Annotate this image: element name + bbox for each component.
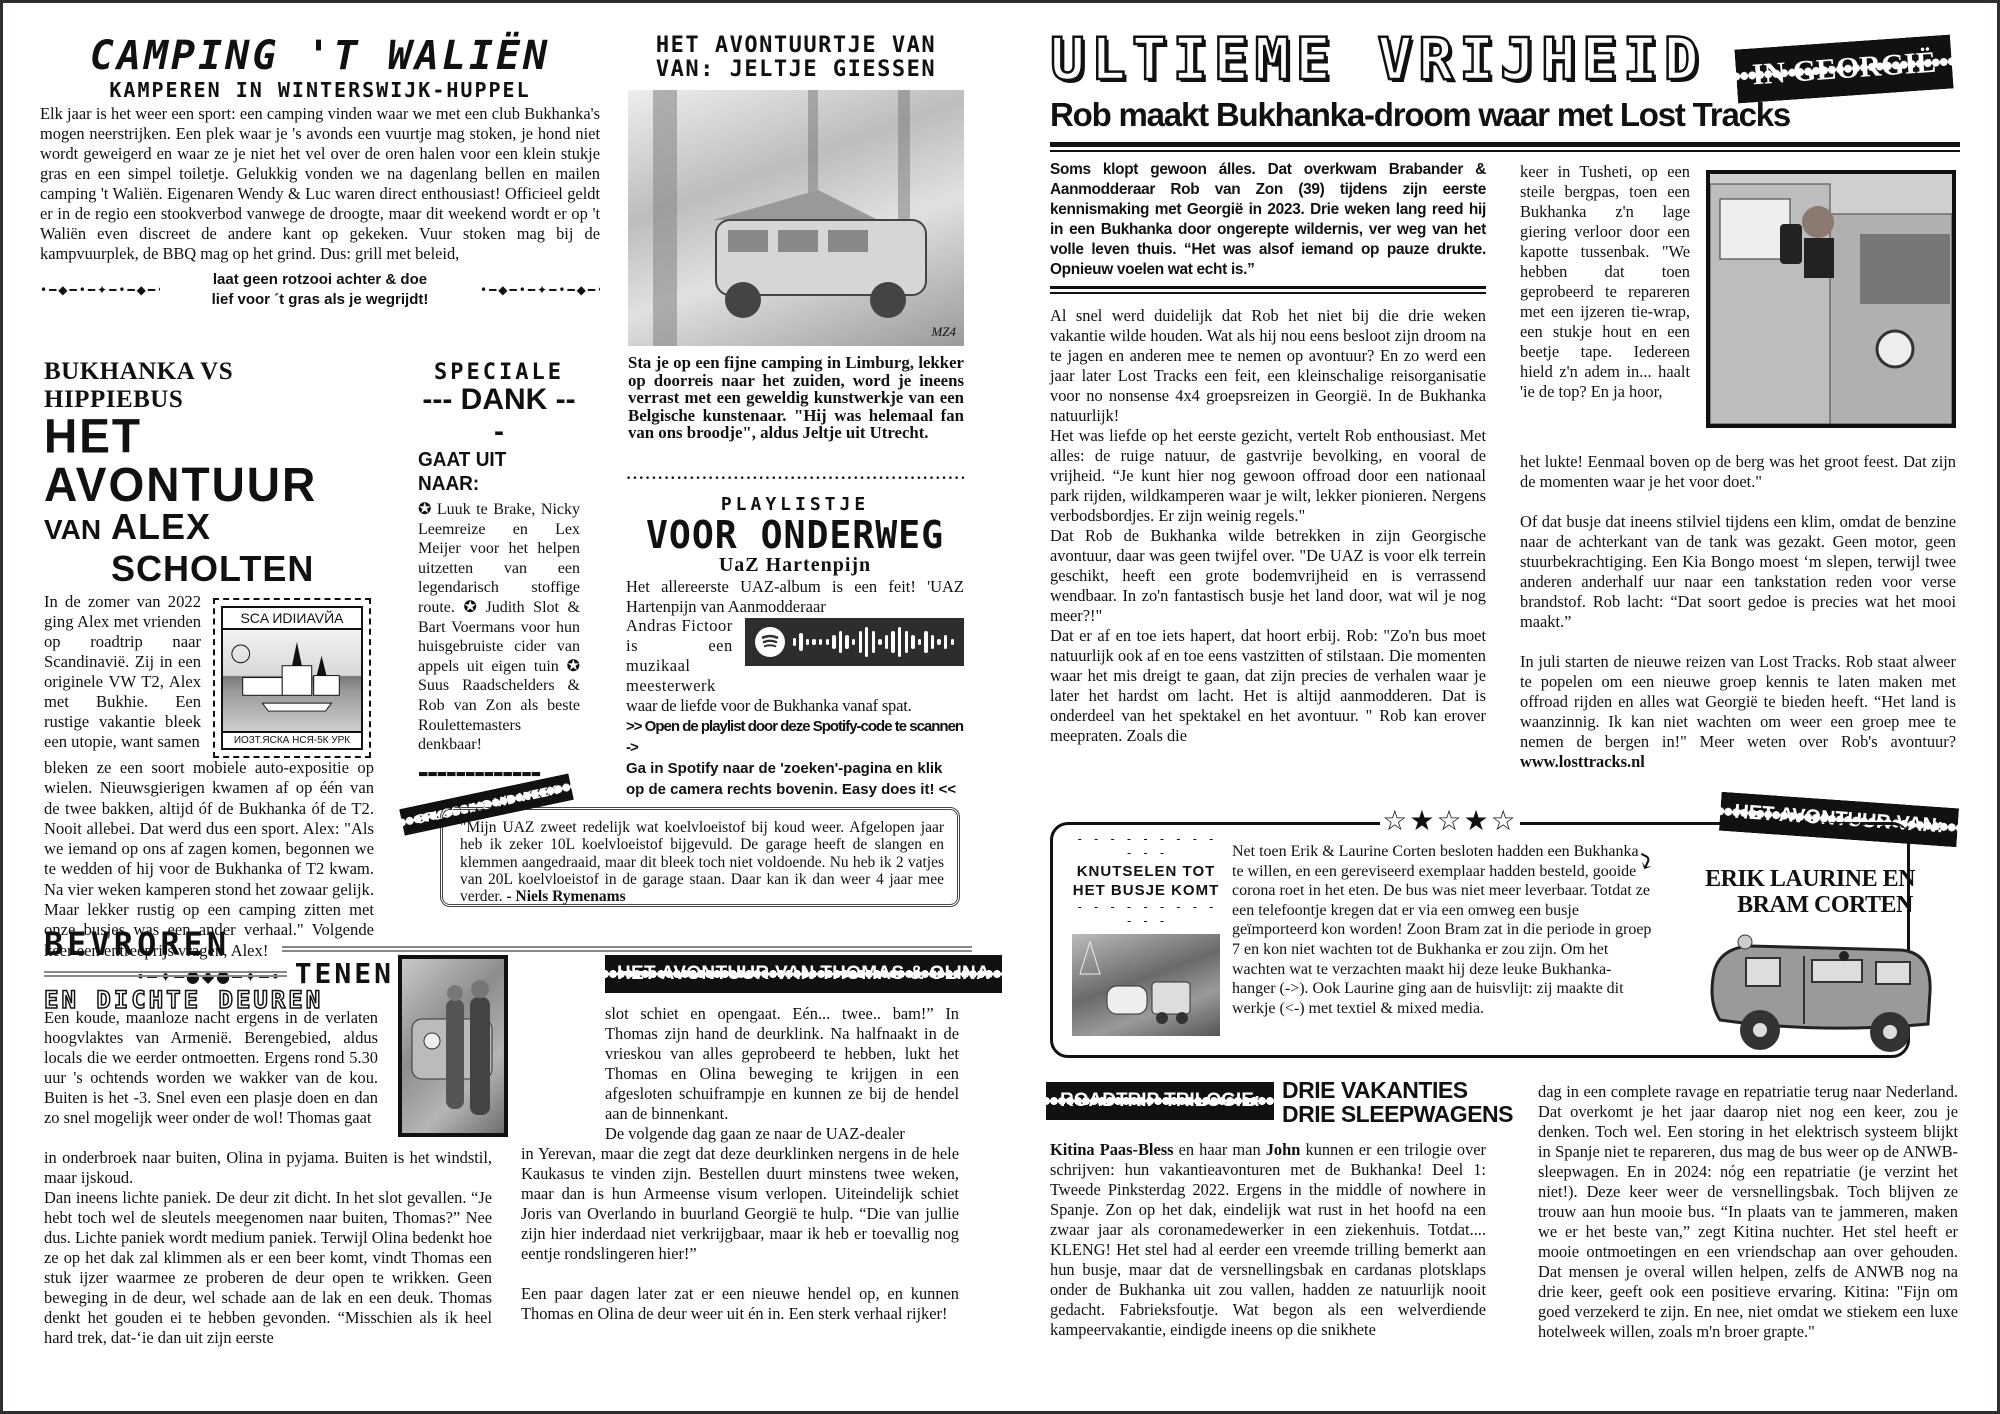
rob-headline: ULTIEME VRIJHEID — [1050, 30, 1750, 88]
ornament-right: •━◆━•━✦━•━◆━• — [480, 283, 600, 297]
thanks-line1: SPECIALE — [418, 362, 580, 384]
soundwave-bar — [799, 633, 802, 651]
frozen-title-1: BEVROREN — [44, 928, 230, 960]
stamp-title: SCA ИDIИAVЙA — [223, 608, 361, 630]
soundwave-bar — [905, 631, 908, 653]
trilogy-col1: Kitina Paas-Bless en haar man John kunne… — [1050, 1140, 1486, 1340]
playlist-body-bottom: waar de liefde voor de Bukhanka vanaf sp… — [626, 696, 964, 716]
playlist-article: ••••••••••••••••••••••••••••••••••••••••… — [626, 474, 964, 800]
alex-body-top: In de zomer van 2022 ging Alex met vrien… — [44, 592, 201, 758]
soundwave-bar — [852, 639, 855, 645]
frozen-heading: BEVROREN TENEN EN DICHTE DEUREN — [44, 928, 394, 1012]
playlist-body-top: Het allereerste UAZ-album is een feit! '… — [626, 577, 964, 616]
trilogy-name-john: John — [1266, 1140, 1301, 1159]
ornament-left: •━◆━•━✦━•━◆━• — [40, 283, 160, 297]
playlist-top-dots: ••••••••••••••••••••••••••••••••••••••••… — [626, 474, 964, 484]
camping-body: Elk jaar is het weer een sport: een camp… — [40, 104, 600, 264]
frozen-body-col1: in onderbroek naar buiten, Olina in pyja… — [44, 1148, 492, 1348]
trilogy-title-1: DRIE VAKANTIES — [1282, 1078, 1513, 1102]
playlist-cta-1: >> Open de playlist door deze Spotify-co… — [626, 716, 964, 758]
soundwave-bar — [859, 631, 862, 653]
corten-side-rule-top: - - - - - - - - - - - - — [1072, 832, 1220, 860]
thomas-olina-badge: HET AVONTUUR VAN THOMAS & OLINA — [605, 955, 1002, 993]
spotify-code[interactable] — [745, 618, 964, 666]
frozen-rule-left — [44, 971, 287, 977]
soundwave-bar — [918, 639, 921, 645]
rob-title: ULTIEME VRIJHEID — [1050, 30, 1750, 88]
jeltje-watercolour-image: MZ4 — [628, 90, 964, 346]
trilogy-title: DRIE VAKANTIES DRIE SLEEPWAGENS — [1282, 1078, 1513, 1126]
soundwave-bar — [951, 639, 954, 645]
soundwave-bar — [931, 635, 934, 649]
trilogy-col2: dag in een complete ravage en repatriati… — [1538, 1082, 1958, 1342]
alex-title: HET AVONTUUR — [44, 412, 374, 509]
camping-article: CAMPING 'T WALIËN KAMPEREN IN WINTERSWIJ… — [40, 36, 600, 310]
soundwave-bar — [891, 631, 894, 653]
jeltje-article: HET AVONTUURTJE VAN VAN: JELTJE GIESSEN … — [628, 34, 964, 442]
soundwave-bar — [826, 639, 829, 645]
corten-names-1: ERIK LAURINE EN — [1700, 866, 1920, 892]
soundwave-bar — [812, 639, 815, 645]
playlist-title: VOOR ONDERWEG — [633, 516, 957, 554]
rob-col1-p3: Dat Rob de Bukhanka wilde betrekken in z… — [1050, 526, 1486, 626]
soundwave-bar — [878, 639, 881, 645]
spotify-soundwave-bars — [793, 625, 954, 659]
frozen-col2-bottom: in Yerevan, maar die zegt dat deze deurk… — [521, 1144, 959, 1324]
rob-van-photo-icon — [1710, 174, 1952, 424]
stamp-footer: ИОЗТ.ЯСКА НСЯ-5К УРК — [223, 731, 361, 748]
frozen-body-p2: Dan ineens lichte paniek. De deur zit di… — [44, 1188, 492, 1348]
solution-author: - Niels Rymenams — [506, 888, 625, 905]
rob-top-rule — [1050, 142, 1960, 152]
rob-col2-p3-text: In juli starten de nieuwe reizen van Los… — [1520, 652, 1956, 751]
trilogy-lead-mid: en haar man — [1173, 1140, 1265, 1159]
rob-col1: Al snel werd duidelijk dat Rob het niet … — [1050, 306, 1486, 746]
corten-side-title-1: KNUTSELEN TOT — [1072, 862, 1220, 881]
rob-subtitle: Rob maakt Bukhanka-droom waar met Lost T… — [1050, 96, 1790, 134]
soundwave-bar — [872, 631, 875, 653]
closing-line-2: lief voor ´t gras als je wegrijdt! — [212, 290, 429, 310]
jeltje-title-1: HET AVONTUURTJE VAN — [628, 34, 964, 58]
thomas-olina-photo — [398, 955, 508, 1137]
soundwave-bar — [839, 631, 842, 653]
playlist-kicker: PLAYLISTJE — [626, 496, 964, 514]
solution-body: "Mijn UAZ zweet redelijk wat koelvloeist… — [460, 819, 944, 905]
frozen-body-top: Een koude, maanloze nacht ergens in de v… — [44, 1008, 378, 1128]
jeltje-body: Sta je op een fijne camping in Limburg, … — [628, 354, 964, 442]
spotify-icon — [755, 627, 785, 657]
thanks-body: ✪ Luuk te Brake, Nicky Leemreize en Lex … — [418, 500, 580, 755]
soundwave-bar — [898, 627, 901, 657]
soundwave-bar — [793, 638, 796, 646]
rob-col1-p1: Al snel werd duidelijk dat Rob het niet … — [1050, 306, 1486, 426]
frozen-col2-p2: in Yerevan, maar die zegt dat deze deurk… — [521, 1144, 959, 1264]
thanks-line3: GAAT UIT NAAR: — [418, 448, 572, 496]
soundwave-bar — [937, 639, 940, 645]
thanks-line2: --- DANK --- — [418, 384, 580, 448]
soundwave-bar — [832, 635, 835, 649]
van-photo-icon — [402, 959, 504, 1133]
frozen-col2-p3: Een paar dagen later zat er een nieuwe h… — [521, 1284, 959, 1324]
caravan-van-artwork-icon — [1072, 934, 1220, 1036]
soundwave-bar — [819, 639, 822, 645]
frozen-rule-right — [282, 946, 972, 952]
playlist-subtitle: UaZ Hartenpijn — [626, 554, 964, 577]
losttracks-link[interactable]: www.losttracks.nl — [1520, 752, 1645, 771]
frozen-col2-p2-first: De volgende dag gaan ze naar de UAZ-deal… — [605, 1124, 959, 1144]
closing-line-1: laat geen rotzooi achter & doe — [212, 270, 429, 290]
alex-article: BUKHANKA VS HIPPIEBUS HET AVONTUUR VAN A… — [44, 358, 374, 986]
alex-kicker: BUKHANKA VS HIPPIEBUS — [44, 358, 374, 414]
trilogy-name-kitina: Kitina Paas-Bless — [1050, 1140, 1173, 1159]
trilogy-badge: ROADTRIP TRILOGIE: — [1046, 1082, 1274, 1120]
rob-col2-top: keer in Tusheti, op een steile bergpas, … — [1520, 162, 1690, 402]
thanks-box: SPECIALE --- DANK --- GAAT UIT NAAR: ✪ L… — [418, 362, 580, 780]
frozen-body-bottom: in onderbroek naar buiten, Olina in pyja… — [44, 1148, 492, 1188]
soundwave-bar — [865, 627, 868, 657]
rob-intro-rule — [1050, 286, 1486, 294]
trilogy-col1-text: kunnen er een trilogie over schrijven: h… — [1050, 1140, 1486, 1339]
camping-title: CAMPING 'T WALIËN — [40, 36, 600, 76]
rob-photo — [1706, 170, 1956, 428]
rob-col1-p2: Het was liefde op het eerste gezicht, ve… — [1050, 426, 1486, 526]
rob-intro: Soms klopt gewoon álles. Dat overkwam Br… — [1050, 160, 1486, 280]
camping-closing: laat geen rotzooi achter & doe lief voor… — [212, 270, 429, 310]
rob-col1-p4: Dat er af en toe iets hapert, dat hoort … — [1050, 626, 1486, 746]
soundwave-bar — [924, 631, 927, 653]
corten-side: - - - - - - - - - - - - KNUTSELEN TOT HE… — [1072, 832, 1220, 1036]
laurine-artwork-image — [1072, 934, 1220, 1036]
frozen-title-2: TENEN — [295, 960, 394, 988]
soundwave-bar — [911, 635, 914, 649]
soundwave-bar — [885, 635, 888, 649]
rating-stars-icon: ☆★☆★☆ — [1380, 806, 1520, 836]
soundwave-bar — [845, 635, 848, 649]
playlist-body-side: Andras Fictoor is een muzikaal meesterwe… — [626, 616, 733, 696]
jeltje-title-2: VAN: JELTJE GIESSEN — [628, 58, 964, 82]
frozen-col2-top: slot schiet en opengaat. Eén... twee.. b… — [605, 1004, 959, 1124]
corten-body: Net toen Erik & Laurine Corten besloten … — [1232, 842, 1652, 1018]
rob-col2-p2: Of dat busje dat ineens stilviel tijdens… — [1520, 512, 1956, 632]
alex-title-prefix: VAN — [44, 514, 101, 546]
soundwave-bar — [806, 639, 809, 645]
corten-side-title-2: HET BUSJE KOMT — [1072, 881, 1220, 900]
church-icon — [223, 630, 361, 731]
corten-names: ERIK LAURINE EN BRAM CORTEN — [1700, 866, 1920, 918]
rob-col2: het lukte! Eenmaal boven op de berg was … — [1520, 452, 1956, 772]
bukhanka-hanger-image — [1700, 912, 1940, 1062]
scandinavia-stamp: SCA ИDIИAVЙA ИОЗТ.ЯСКА НСЯ-5К УРК — [213, 598, 371, 758]
solution-box: "Mijn UAZ zweet redelijk wat koelvloeist… — [420, 785, 970, 915]
rob-col2-mid: het lukte! Eenmaal boven op de berg was … — [1520, 452, 1956, 492]
alex-title-name: ALEX SCHOLTEN — [111, 506, 374, 590]
trilogy-title-2: DRIE SLEEPWAGENS — [1282, 1102, 1513, 1126]
corten-side-rule-bottom: - - - - - - - - - - - - — [1072, 900, 1220, 928]
soundwave-bar — [944, 635, 947, 649]
rob-col2-p3: In juli starten de nieuwe reizen van Los… — [1520, 652, 1956, 772]
camping-subtitle: KAMPEREN IN WINTERSWIJK-HUPPEL — [40, 80, 600, 100]
van-sketch-icon — [628, 90, 964, 346]
artist-signature: MZ4 — [931, 324, 956, 340]
church-harbour-illustration — [223, 630, 361, 731]
